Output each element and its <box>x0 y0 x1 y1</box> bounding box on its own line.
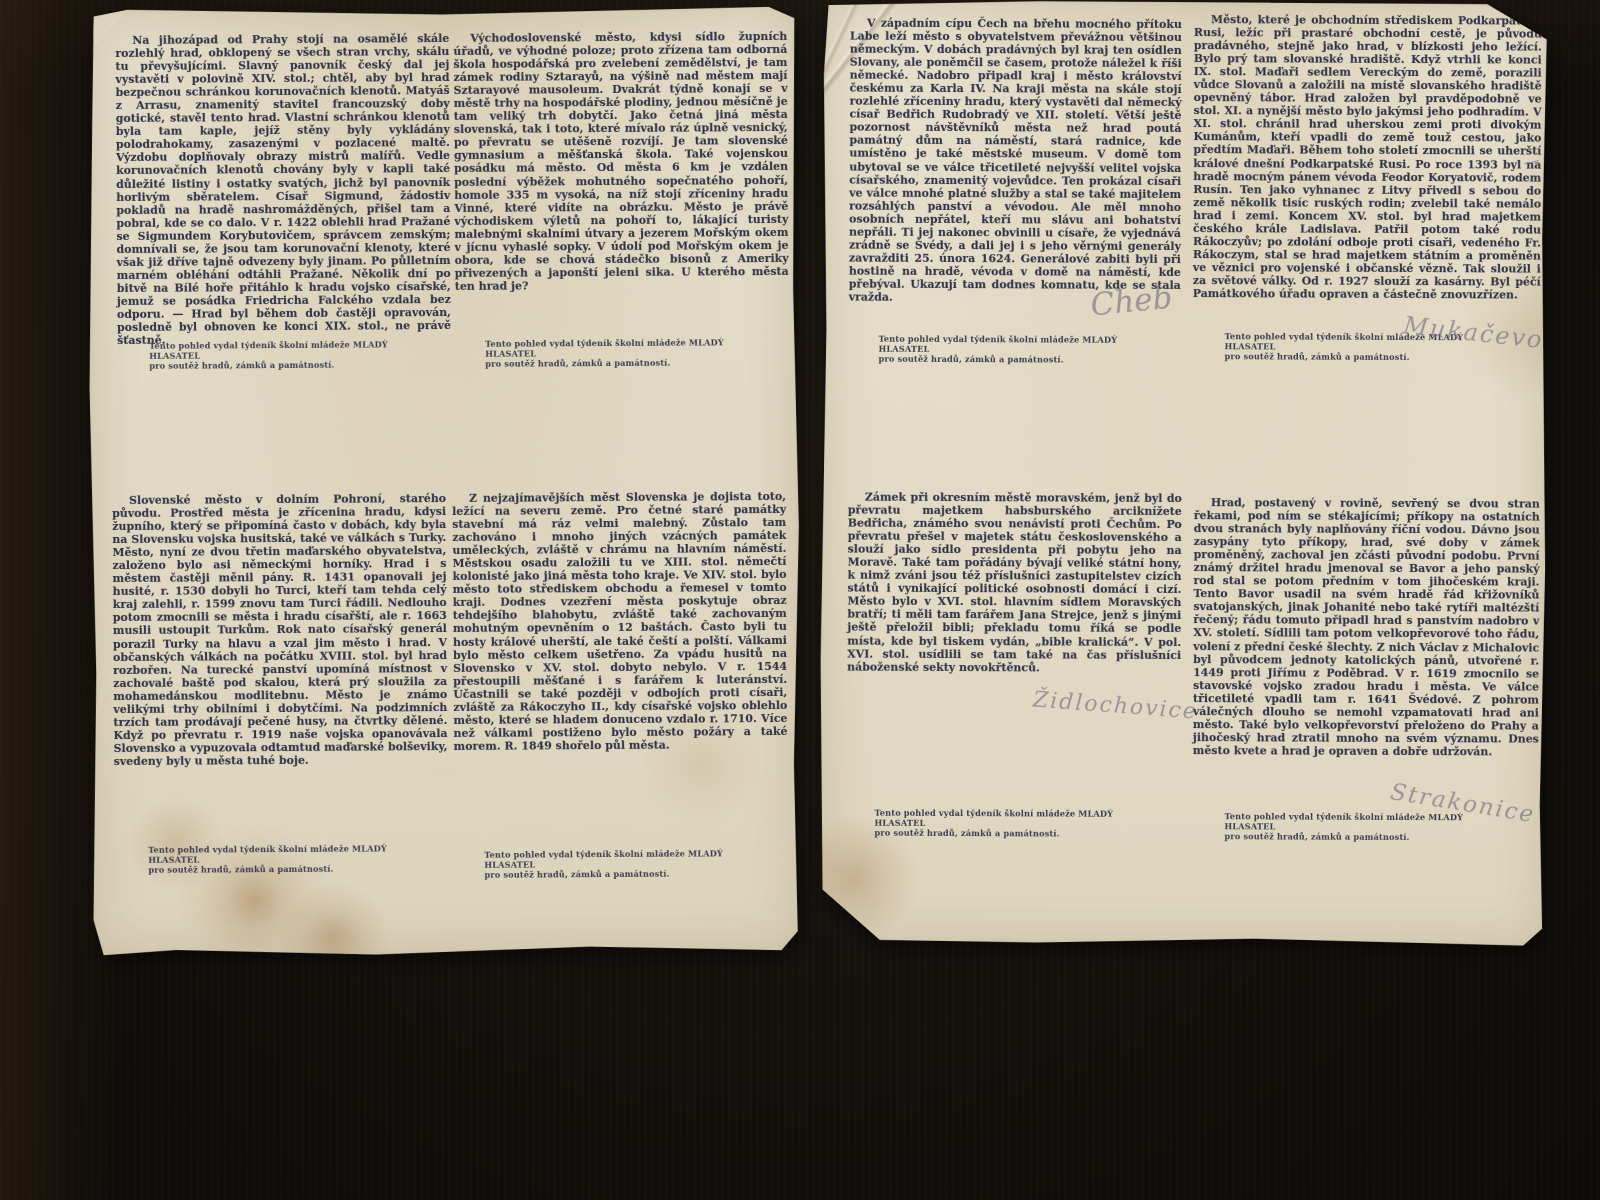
publisher-imprint: Tento pohled vydal týdeník školní mládež… <box>149 340 434 371</box>
imprint-line2: pro soutěž hradů, zámků a památností. <box>149 360 434 372</box>
imprint-line2: pro soutěž hradů, zámků a památností. <box>874 828 1159 839</box>
imprint-line1: Tento pohled vydal týdeník školní mládež… <box>149 340 434 361</box>
printed-paragraph: Město, které je obchodním střediskem Pod… <box>1193 13 1542 302</box>
imprint-line2: pro soutěž hradů, zámků a památností. <box>484 869 769 881</box>
imprint-line1: Tento pohled vydal týdeník školní mládež… <box>874 809 1159 830</box>
imprint-line2: pro soutěž hradů, zámků a památností. <box>485 358 770 370</box>
imprint-line2: pro soutěž hradů, zámků a památností. <box>1224 832 1509 843</box>
publisher-imprint: Tento pohled vydal týdeník školní mládež… <box>874 809 1159 840</box>
printed-paragraph: Slovenské město v dolním Pohroní, staréh… <box>112 492 448 768</box>
right-sheet-shadow-wrap: V západním cípu Čech na břehu mocného př… <box>818 0 1549 948</box>
printed-paragraph: Zámek při okresním městě moravském, jenž… <box>847 491 1182 675</box>
imprint-line2: pro soutěž hradů, zámků a památností. <box>1224 352 1509 363</box>
printed-paragraph: Hrad, postavený v rovině, sevřený se dvo… <box>1193 496 1540 758</box>
imprint-line1: Tento pohled vydal týdeník školní mládež… <box>148 844 433 865</box>
imprint-line2: pro soutěž hradů, zámků a památností. <box>148 864 433 876</box>
publisher-imprint: Tento pohled vydal týdeník školní mládež… <box>148 844 433 875</box>
printed-paragraph: Východoslovenské město, kdysi sídlo župn… <box>453 30 789 293</box>
pencil-annotation-cheb: Cheb <box>1089 279 1174 323</box>
left-sheet-shadow-wrap: Na jihozápad od Prahy stojí na osamělé s… <box>85 4 803 958</box>
publisher-imprint: Tento pohled vydal týdeník školní mládež… <box>484 849 769 880</box>
imprint-line2: pro soutěž hradů, zámků a památností. <box>878 354 1163 365</box>
printed-paragraph: V západním cípu Čech na břehu mocného př… <box>849 17 1182 305</box>
imprint-line1: Tento pohled vydal týdeník školní mládež… <box>484 849 769 870</box>
imprint-line1: Tento pohled vydal týdeník školní mládež… <box>879 335 1164 356</box>
printed-paragraph: Z nejzajímavějších měst Slovenska je doj… <box>452 490 788 753</box>
printed-paragraph: Na jihozápad od Prahy stojí na osamělé s… <box>115 32 451 347</box>
publisher-imprint: Tento pohled vydal týdeník školní mládež… <box>485 338 770 369</box>
publisher-imprint: Tento pohled vydal týdeník školní mládež… <box>878 335 1163 366</box>
photo-background: Na jihozápad od Prahy stojí na osamělé s… <box>0 0 1600 1200</box>
pencil-annotation-zidlochovice: Židlochovice <box>1032 687 1199 724</box>
left-sheet: Na jihozápad od Prahy stojí na osamělé s… <box>85 4 803 958</box>
imprint-line1: Tento pohled vydal týdeník školní mládež… <box>485 338 770 359</box>
right-sheet: V západním cípu Čech na břehu mocného př… <box>818 0 1549 948</box>
